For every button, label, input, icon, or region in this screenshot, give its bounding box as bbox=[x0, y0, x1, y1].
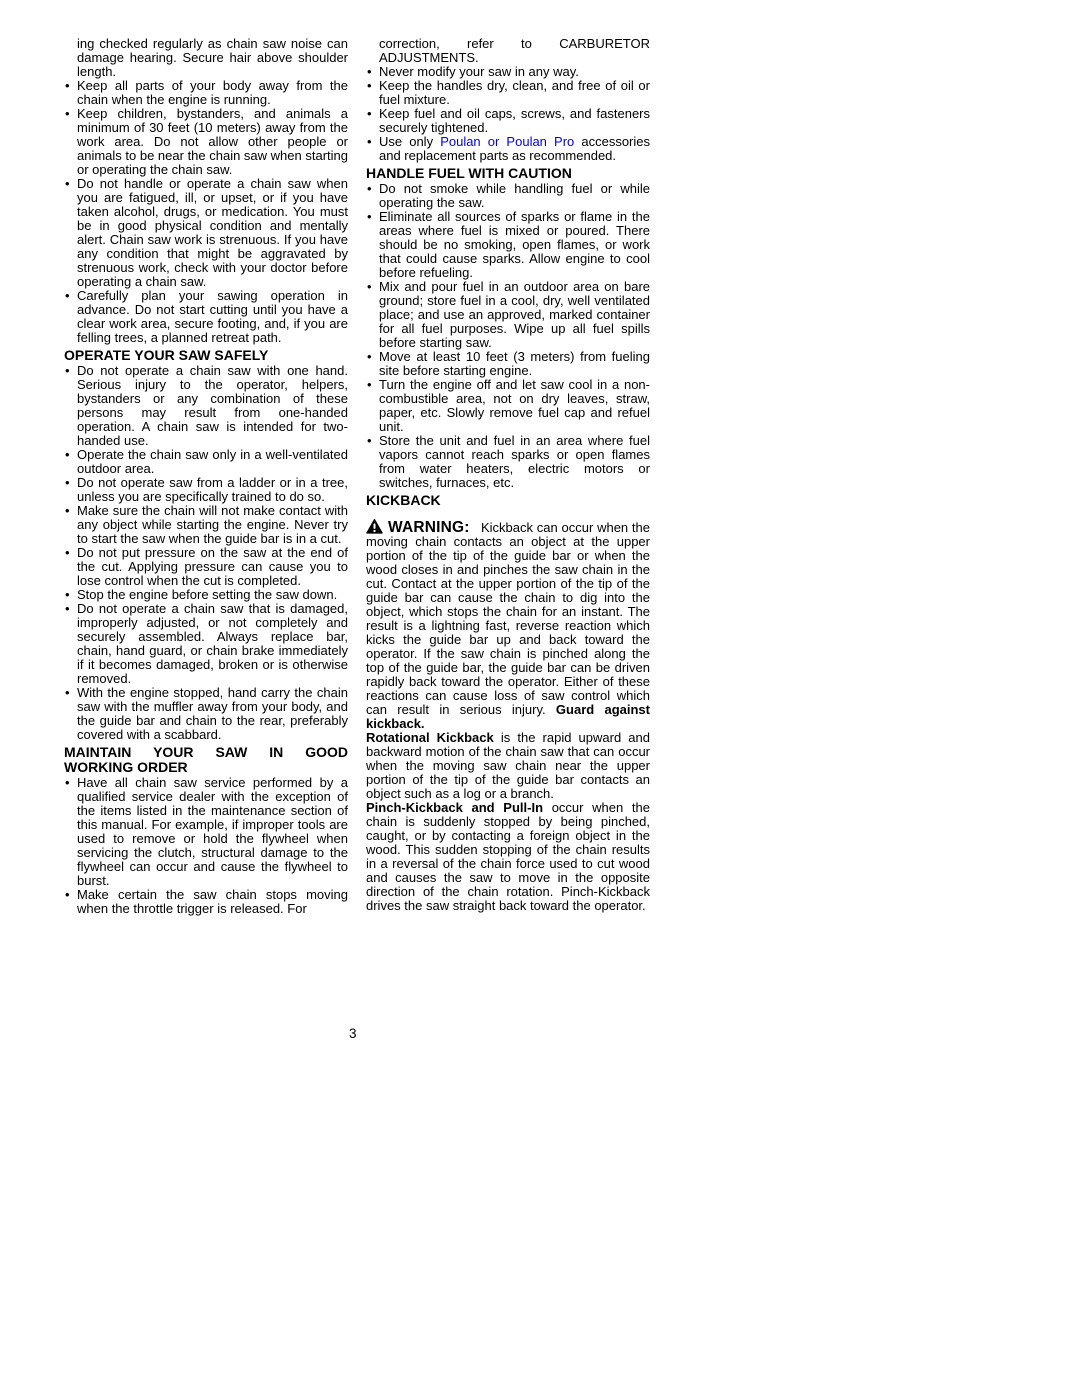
list-item: Mix and pour fuel in an outdoor area on … bbox=[366, 280, 650, 350]
list-item: Keep children, bystanders, and animals a… bbox=[64, 107, 348, 177]
paragraph-rotational-kickback: Rotational Kickback is the rapid upward … bbox=[366, 731, 650, 801]
section-heading-operate-your-saw-safely: OPERATE YOUR SAW SAFELY bbox=[64, 348, 348, 363]
left-column: ing checked regularly as chain saw noise… bbox=[64, 37, 348, 916]
list-item: Carefully plan your sawing operation in … bbox=[64, 289, 348, 345]
list-item: Operate the chain saw only in a well-ven… bbox=[64, 448, 348, 476]
list-item: Do not put pressure on the saw at the en… bbox=[64, 546, 348, 588]
list-item: Make sure the chain will not make contac… bbox=[64, 504, 348, 546]
warning-text: Kickback can occur when the moving chain… bbox=[366, 520, 650, 717]
list-item: Turn the engine off and let saw cool in … bbox=[366, 378, 650, 434]
list-item: Keep fuel and oil caps, screws, and fast… bbox=[366, 107, 650, 135]
list-item: Stop the engine before setting the saw d… bbox=[64, 588, 348, 602]
paragraph-lead: Pinch-Kickback and Pull-In bbox=[366, 800, 543, 815]
list-item: Move at least 10 feet (3 meters) from fu… bbox=[366, 350, 650, 378]
list-item: Eliminate all sources of sparks or flame… bbox=[366, 210, 650, 280]
list-item: Never modify your saw in any way. bbox=[366, 65, 650, 79]
section-heading-maintain-your-saw: MAINTAIN YOUR SAW IN GOOD WORKING ORDER bbox=[64, 745, 348, 775]
paragraph-lead: Rotational Kickback bbox=[366, 730, 494, 745]
list-item: Keep the handles dry, clean, and free of… bbox=[366, 79, 650, 107]
list-item: Do not operate a chain saw that is damag… bbox=[64, 602, 348, 686]
section-heading-kickback: KICKBACK bbox=[366, 493, 650, 508]
list-item: Make certain the saw chain stops moving … bbox=[64, 888, 348, 916]
manual-page: ing checked regularly as chain saw noise… bbox=[0, 0, 1080, 1397]
list-item: Store the unit and fuel in an area where… bbox=[366, 434, 650, 490]
page-number: 3 bbox=[349, 1026, 357, 1041]
section-heading-handle-fuel: HANDLE FUEL WITH CAUTION bbox=[366, 166, 650, 181]
list-item: Have all chain saw service performed by … bbox=[64, 776, 348, 888]
list-item: Do not operate a chain saw with one hand… bbox=[64, 364, 348, 448]
paragraph-continued: ing checked regularly as chain saw noise… bbox=[64, 37, 348, 79]
paragraph-continued: correction, refer to CARBURETOR ADJUSTME… bbox=[366, 37, 650, 65]
brand-link[interactable]: Poulan or Poulan Pro bbox=[440, 134, 574, 149]
list-item: Do not operate saw from a ladder or in a… bbox=[64, 476, 348, 504]
list-item: With the engine stopped, hand carry the … bbox=[64, 686, 348, 742]
warning-note: WARNING: Kickback can occur when the mov… bbox=[366, 519, 650, 731]
warning-icon bbox=[366, 519, 383, 535]
list-item-text: Use only bbox=[379, 134, 440, 149]
list-item: Do not smoke while handling fuel or whil… bbox=[366, 182, 650, 210]
list-item: Use only Poulan or Poulan Pro accessorie… bbox=[366, 135, 650, 163]
right-column: correction, refer to CARBURETOR ADJUSTME… bbox=[366, 37, 650, 913]
list-item: Keep all parts of your body away from th… bbox=[64, 79, 348, 107]
paragraph-pinch-kickback: Pinch-Kickback and Pull-In occur when th… bbox=[366, 801, 650, 913]
paragraph-text: occur when the chain is suddenly stopped… bbox=[366, 800, 650, 913]
list-item: Do not handle or operate a chain saw whe… bbox=[64, 177, 348, 289]
